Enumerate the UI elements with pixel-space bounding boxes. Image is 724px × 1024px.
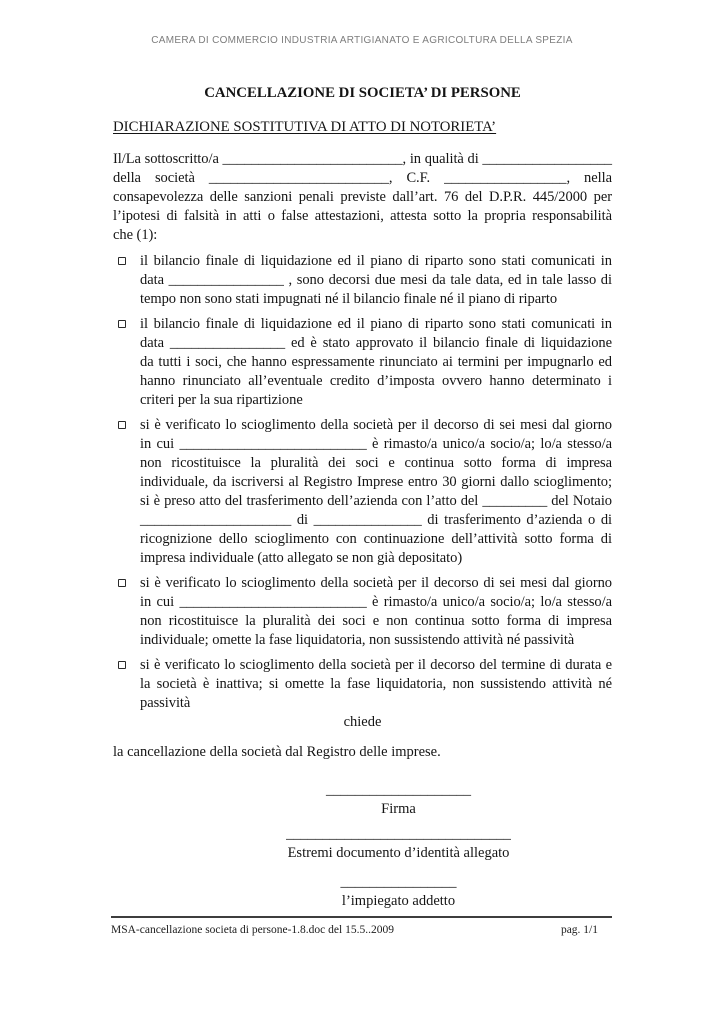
signature-label-impiegato: l’impiegato addetto bbox=[185, 892, 612, 911]
checkbox-icon bbox=[118, 421, 126, 429]
signature-label-firma: Firma bbox=[185, 800, 612, 819]
text-line: data ________________ ed è stato approva… bbox=[140, 334, 612, 353]
text-line: criteri per la sua ripartizione bbox=[140, 391, 612, 410]
text-line: hanno rinunciato all’eventuale credito d… bbox=[140, 372, 612, 391]
request-word: chiede bbox=[113, 713, 612, 732]
text-line: la società è inattiva; si omette la fase… bbox=[140, 675, 612, 694]
text-line: consapevolezza delle sanzioni penali pre… bbox=[113, 188, 612, 207]
declaration-item-text: il bilancio finale di liquidazione ed il… bbox=[140, 252, 612, 309]
document-title: CANCELLAZIONE DI SOCIETA’ DI PERSONE bbox=[113, 84, 612, 103]
signature-block-estremi: _______________________________ Estremi … bbox=[185, 825, 612, 863]
signature-label-estremi: Estremi documento d’identità allegato bbox=[185, 844, 612, 863]
signature-line: ____________________ bbox=[185, 781, 612, 800]
signature-area: ____________________ Firma _____________… bbox=[185, 781, 612, 911]
checkbox-icon bbox=[118, 579, 126, 587]
declaration-list: il bilancio finale di liquidazione ed il… bbox=[113, 252, 612, 713]
text-line: _____________________ di _______________… bbox=[140, 511, 612, 530]
text-line: si è verificato lo scioglimento della so… bbox=[140, 656, 612, 675]
signature-block-impiegato: ________________ l’impiegato addetto bbox=[185, 873, 612, 911]
text-line: individuale, da iscriversi al Registro I… bbox=[140, 473, 612, 492]
closing-line: la cancellazione della società dal Regis… bbox=[113, 743, 612, 762]
text-line: passività bbox=[140, 694, 612, 713]
text-line: si è verificato lo scioglimento della so… bbox=[140, 574, 612, 593]
text-line: l’ipotesi di falsità in atti o false att… bbox=[113, 207, 612, 226]
text-line: Il/La sottoscritto/a ___________________… bbox=[113, 150, 612, 169]
checkbox-icon bbox=[118, 320, 126, 328]
declaration-item-4: si è verificato lo scioglimento della so… bbox=[113, 574, 612, 650]
footer-page-number: pag. 1/1 bbox=[561, 921, 612, 940]
checkbox-icon bbox=[118, 661, 126, 669]
declaration-item-text: si è verificato lo scioglimento della so… bbox=[140, 416, 612, 568]
text-line: individuale; omette la fase liquidatoria… bbox=[140, 631, 612, 650]
text-line: si è preso atto del trasferimento dell’a… bbox=[140, 492, 612, 511]
text-line: il bilancio finale di liquidazione ed il… bbox=[140, 315, 612, 334]
text-line: da tutti i soci, che hanno espressamente… bbox=[140, 353, 612, 372]
declaration-item-text: il bilancio finale di liquidazione ed il… bbox=[140, 315, 612, 410]
text-line: che (1): bbox=[113, 226, 612, 245]
text-line: il bilancio finale di liquidazione ed il… bbox=[140, 252, 612, 271]
text-line: in cui __________________________ è rima… bbox=[140, 593, 612, 612]
page-footer: MSA-cancellazione societa di persone-1.8… bbox=[111, 916, 612, 940]
text-line: in cui __________________________ è rima… bbox=[140, 435, 612, 454]
declaration-item-text: si è verificato lo scioglimento della so… bbox=[140, 574, 612, 650]
text-line: non ricostituisce la pluralità dei soci … bbox=[140, 612, 612, 631]
signature-line: _______________________________ bbox=[185, 825, 612, 844]
text-line: impresa individuale (atto allegato se no… bbox=[140, 549, 612, 568]
signature-block-firma: ____________________ Firma bbox=[185, 781, 612, 819]
text-line: data ________________ , sono decorsi due… bbox=[140, 271, 612, 290]
document-subtitle: DICHIARAZIONE SOSTITUTIVA DI ATTO DI NOT… bbox=[113, 118, 612, 137]
text-line: si è verificato lo scioglimento della so… bbox=[140, 416, 612, 435]
text-line: non ricostituisce la pluralità dei soci … bbox=[140, 454, 612, 473]
document-body: CANCELLAZIONE DI SOCIETA’ DI PERSONE DIC… bbox=[113, 0, 612, 911]
signature-line: ________________ bbox=[185, 873, 612, 892]
declaration-item-2: il bilancio finale di liquidazione ed il… bbox=[113, 315, 612, 410]
checkbox-icon bbox=[118, 257, 126, 265]
declaration-item-3: si è verificato lo scioglimento della so… bbox=[113, 416, 612, 568]
text-line: tempo non sono stati impugnati né il bil… bbox=[140, 290, 612, 309]
declaration-item-5: si è verificato lo scioglimento della so… bbox=[113, 656, 612, 713]
text-line: della società _________________________,… bbox=[113, 169, 612, 188]
declaration-item-1: il bilancio finale di liquidazione ed il… bbox=[113, 252, 612, 309]
text-line: ricognizione dello scioglimento con cont… bbox=[140, 530, 612, 549]
document-page: CAMERA DI COMMERCIO INDUSTRIA ARTIGIANAT… bbox=[0, 0, 724, 1024]
intro-paragraph: Il/La sottoscritto/a ___________________… bbox=[113, 150, 612, 245]
footer-filename: MSA-cancellazione societa di persone-1.8… bbox=[111, 921, 394, 940]
declaration-item-text: si è verificato lo scioglimento della so… bbox=[140, 656, 612, 713]
